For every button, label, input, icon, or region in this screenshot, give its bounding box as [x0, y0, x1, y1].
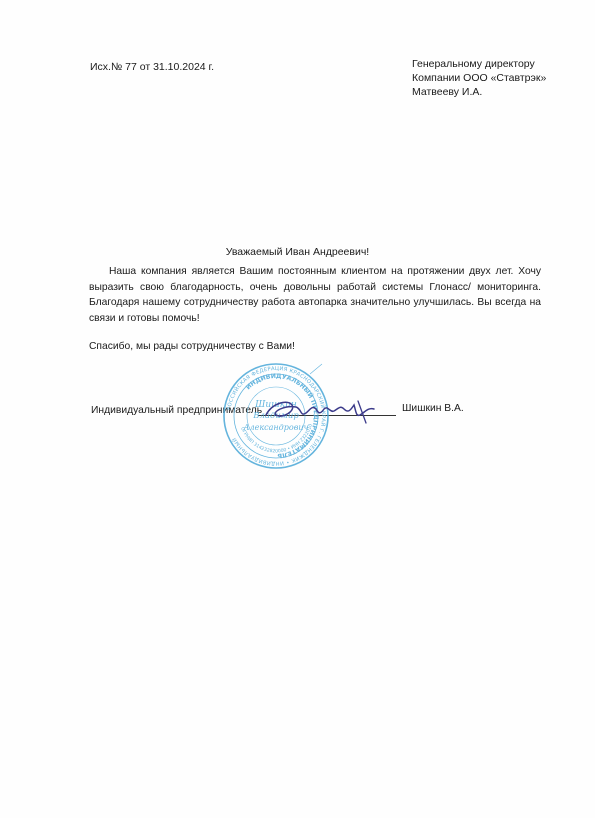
- closing-line: Спасибо, мы рады сотрудничеству с Вами!: [89, 341, 295, 352]
- addressee-block: Генеральному директору Компании ООО «Ста…: [412, 57, 546, 99]
- salutation: Уважаемый Иван Андреевич!: [0, 246, 595, 258]
- letter-page: Исх.№ 77 от 31.10.2024 г. Генеральному д…: [0, 0, 595, 818]
- letter-body: Наша компания является Вашим постоянным …: [89, 264, 541, 326]
- addressee-name: Матвееву И.А.: [412, 85, 546, 99]
- handwritten-signature-icon: [262, 393, 380, 427]
- body-paragraph: Наша компания является Вашим постоянным …: [89, 264, 541, 326]
- addressee-company: Компании ООО «Ставтрэк»: [412, 71, 546, 85]
- outgoing-reference-number: Исх.№ 77 от 31.10.2024 г.: [90, 61, 214, 73]
- addressee-position: Генеральному директору: [412, 57, 546, 71]
- signatory-name: Шишкин В.А.: [402, 403, 464, 414]
